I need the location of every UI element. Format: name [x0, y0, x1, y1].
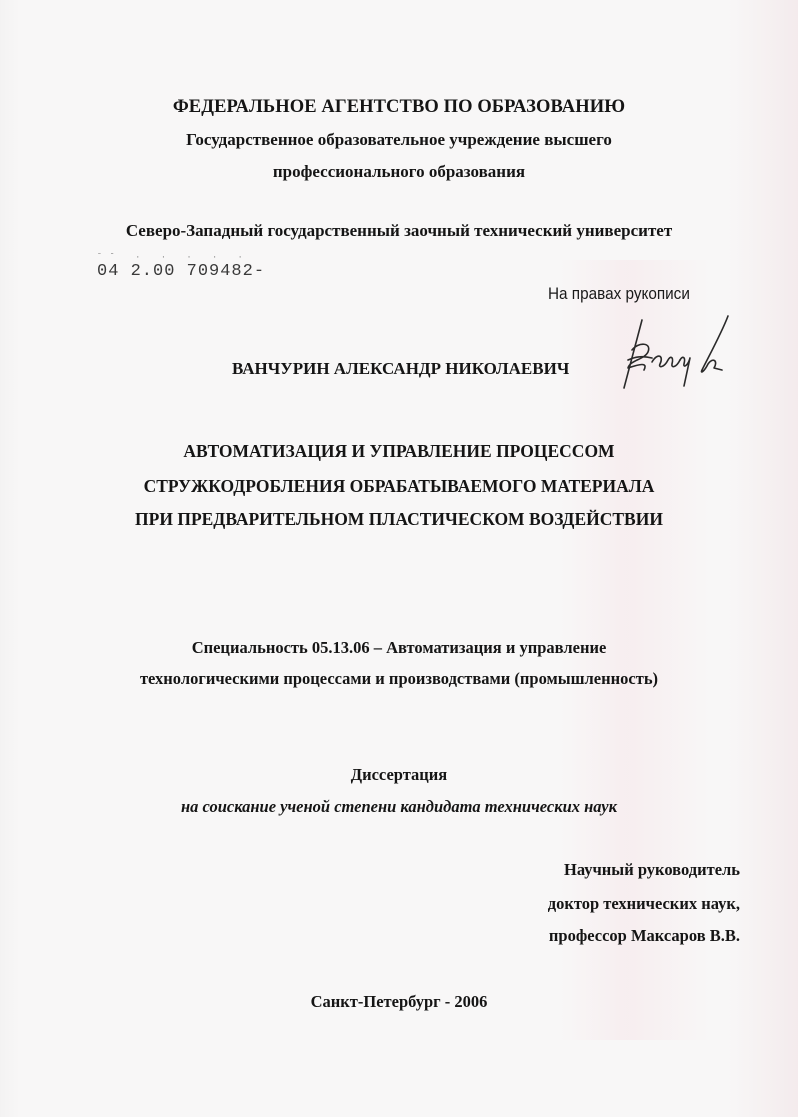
library-stamp-number: 04 2.00 709482- — [97, 262, 265, 281]
university-name: Северо-Западный государственный заочный … — [0, 221, 798, 241]
specialty-line-2: технологическими процессами и производст… — [0, 669, 798, 689]
title-line-2: СТРУЖКОДРОБЛЕНИЯ ОБРАБАТЫВАЕМОГО МАТЕРИА… — [0, 476, 798, 497]
document-page: ФЕДЕРАЛЬНОЕ АГЕНТСТВО ПО ОБРАЗОВАНИЮ Гос… — [0, 0, 798, 1117]
specialty-line-1: Специальность 05.13.06 – Автоматизация и… — [0, 638, 798, 658]
supervisor-label: Научный руководитель — [564, 860, 740, 880]
signature-icon — [618, 312, 738, 392]
agency-heading: ФЕДЕРАЛЬНОЕ АГЕНТСТВО ПО ОБРАЗОВАНИЮ — [0, 97, 798, 118]
supervisor-degree: доктор технических наук, — [548, 894, 740, 914]
author-name: ВАНЧУРИН АЛЕКСАНДР НИКОЛАЕВИЧ — [232, 359, 569, 379]
institution-line-2: профессионального образования — [0, 162, 798, 182]
degree-line: на соискание ученой степени кандидата те… — [0, 797, 798, 817]
city-year: Санкт-Петербург - 2006 — [0, 992, 798, 1012]
supervisor-name: профессор Максаров В.В. — [549, 926, 740, 946]
stamp-marks: ˘˘ · · · · · — [97, 253, 251, 262]
work-type: Диссертация — [0, 765, 798, 785]
institution-line-1: Государственное образовательное учрежден… — [0, 130, 798, 150]
title-line-3: ПРИ ПРЕДВАРИТЕЛЬНОМ ПЛАСТИЧЕСКОМ ВОЗДЕЙС… — [0, 509, 798, 530]
rights-note: На правах рукописи — [548, 284, 690, 304]
title-line-1: АВТОМАТИЗАЦИЯ И УПРАВЛЕНИЕ ПРОЦЕССОМ — [0, 441, 798, 462]
